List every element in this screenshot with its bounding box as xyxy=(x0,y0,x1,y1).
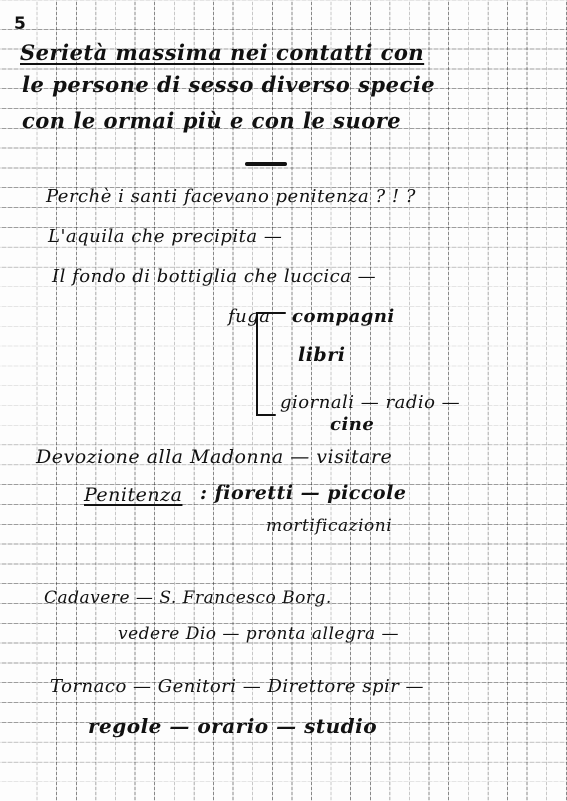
note-line-3: Il fondo di bottiglia che luccica — xyxy=(52,266,376,287)
page-number: 5 xyxy=(14,14,26,34)
fuga-item-cine: cine xyxy=(330,414,374,435)
closing-line-2: vedere Dio — pronta allegra — xyxy=(118,624,399,644)
closing-line-3: Tornaco — Genitori — Direttore spir — xyxy=(50,676,424,697)
penitenza-label: Penitenza xyxy=(84,484,182,506)
brace xyxy=(256,312,258,416)
header-line-2: le persone di sesso diverso specie xyxy=(22,72,435,97)
note-line-1: Perchè i santi facevano penitenza ? ! ? xyxy=(46,186,416,207)
separator-dash xyxy=(245,162,287,166)
fuga-item-compagni: compagni xyxy=(292,306,395,327)
fuga-item-libri: libri xyxy=(298,344,345,366)
penitenza-text: : fioretti — piccole xyxy=(200,482,406,504)
brace-bottom xyxy=(256,414,276,416)
header-line-3: con le ormai più e con le suore xyxy=(22,108,401,133)
fuga-item-giornali: giornali — radio — xyxy=(280,392,460,413)
note-line-2: L'aquila che precipita — xyxy=(48,226,282,247)
notebook-page: 5 Serietà massima nei contatti con le pe… xyxy=(0,0,567,801)
closing-line-1: Cadavere — S. Francesco Borg. xyxy=(44,588,332,608)
fuga-label: fuga xyxy=(228,306,271,327)
header-line-1: Serietà massima nei contatti con xyxy=(20,40,424,65)
penitenza-sub: mortificazioni xyxy=(266,516,392,536)
brace-top xyxy=(256,312,286,314)
devozione-line: Devozione alla Madonna — visitare xyxy=(36,446,392,468)
closing-line-4: regole — orario — studio xyxy=(88,714,377,738)
